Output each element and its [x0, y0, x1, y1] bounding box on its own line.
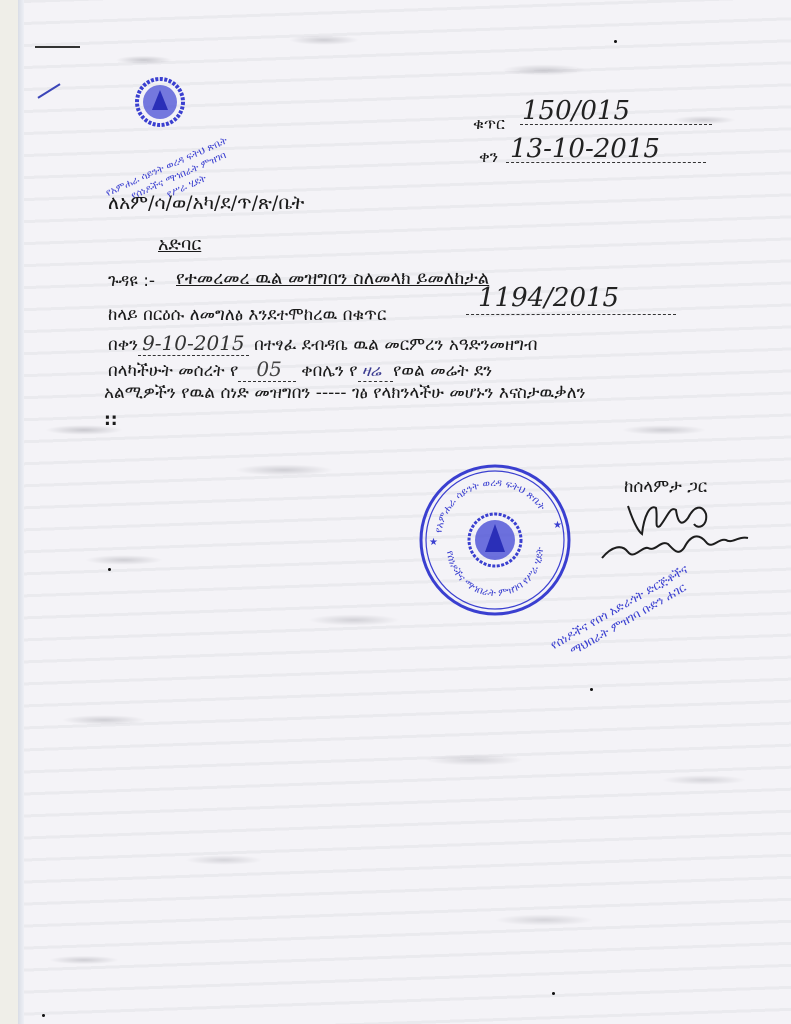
recipient: ለአም/ሳ/ወ/አካ/ደ/ጥ/ጽ/ቤት — [108, 192, 304, 214]
body-line-5: :: — [104, 410, 118, 430]
body-line-2: በቀን9-10-2015 በተፃፈ ደብዳቤ ዉል መርምረን አዓድንመዘግብ — [108, 331, 537, 356]
subject-text: የተመረመረ ዉል መዝግበን ስለመላክ ይመለከታል — [176, 268, 489, 289]
scan-speck — [42, 1014, 45, 1017]
body-line-3: በላካችሁት መሰረት የ05 ቀበሌን የዛሬየወል መሬት ደን — [108, 357, 492, 382]
body-handwritten-date: 9-10-2015 — [138, 331, 249, 356]
body-handwritten-count: 05 — [238, 357, 295, 382]
small-emblem-seal-icon — [134, 76, 186, 128]
scan-speck — [108, 568, 111, 571]
official-round-seal-icon: የአምሐራ ሳይንት ወረዳ ፍትህ ጽቤት የሰነዶችና ማኀበራት ምዝገባ… — [417, 462, 573, 618]
scan-margin — [0, 0, 18, 1024]
body-handwritten-word: ዛሬ — [358, 361, 394, 382]
scan-speck — [590, 688, 593, 691]
svg-text:★: ★ — [553, 520, 562, 531]
scan-speck — [614, 40, 617, 43]
body-ref-line — [466, 314, 676, 315]
reference-label: ቁጥር — [473, 114, 505, 134]
scan-speck — [552, 992, 555, 995]
body-line-1: ከላይ በርዕሱ ለመግለፅ እንደተሞከረዉ በቁጥር — [108, 305, 386, 325]
top-dash-mark — [35, 46, 80, 48]
body-line-4: አልሚዎችን የዉል ሰነድ መዝግበን ----- ገፅ የላክንላችሁ መሆ… — [104, 383, 586, 403]
date-label: ቀን — [479, 147, 498, 167]
heading: አድባር — [158, 234, 201, 255]
reference-value: 150/015 — [522, 96, 630, 126]
date-value: 13-10-2015 — [510, 134, 660, 164]
subject-label: ጉዳዩ :- — [108, 271, 155, 291]
svg-text:★: ★ — [429, 537, 438, 548]
closing-label: ከሰላምታ ጋር — [624, 477, 707, 497]
body-handwritten-ref: 1194/2015 — [478, 283, 619, 313]
